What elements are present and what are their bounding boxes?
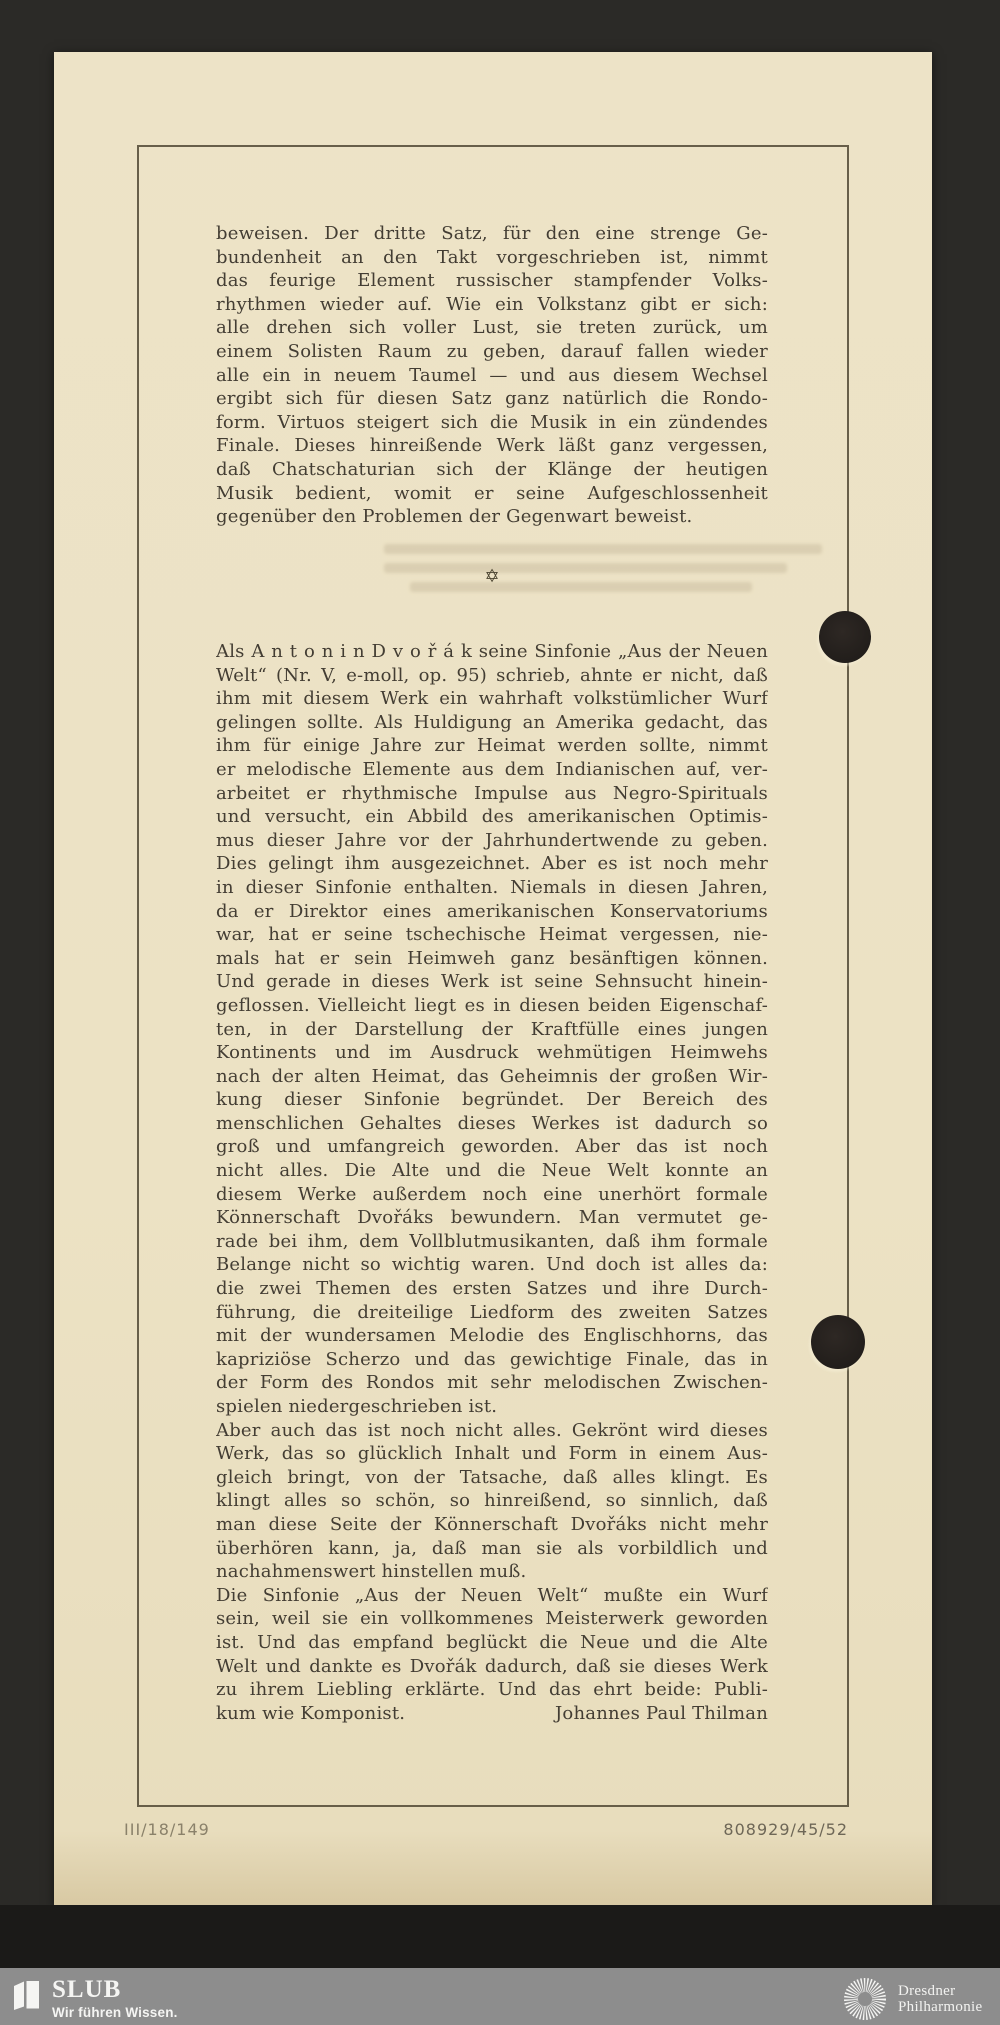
text-line: nicht alles. Die Alte und die Neue Welt … — [216, 1159, 768, 1183]
scan-bottom-gap — [0, 1905, 1000, 1968]
author-name: Johannes Paul Thilman — [555, 1702, 768, 1726]
text-line: ergibt sich für diesen Satz ganz natürli… — [216, 387, 768, 411]
text-line: mus dieser Jahre vor der Jahrhundertwend… — [216, 829, 768, 853]
paragraph-conclusion: Aber auch das ist noch nicht alles. Gekr… — [216, 1419, 768, 1584]
paragraph-khachaturian-finale: beweisen. Der dritte Satz, für den eine … — [216, 222, 768, 529]
section-divider-star: ✡ — [216, 564, 768, 590]
text-line: kapriziöse Scherzo und das gewichtige Fi… — [216, 1348, 768, 1372]
slub-wordmark: SLUB — [52, 1978, 178, 2002]
text-line: klingt alles so schön, so hinreißend, so… — [216, 1489, 768, 1513]
text-line: führung, die dreiteilige Liedform des zw… — [216, 1301, 768, 1325]
text-line: diesem Werke außerdem noch eine unerhört… — [216, 1183, 768, 1207]
text-line: da er Direktor eines amerikanischen Kons… — [216, 900, 768, 924]
scan-background: beweisen. Der dritte Satz, für den eine … — [0, 0, 1000, 2025]
text-line: arbeitet er rhythmische Impulse aus Negr… — [216, 782, 768, 806]
punch-hole-bottom — [811, 1315, 865, 1369]
text-line: Finale. Dieses hinreißende Werk läßt gan… — [216, 434, 768, 458]
text-line: der Form des Rondos mit sehr melodischen… — [216, 1371, 768, 1395]
text-line: gleich bringt, von der Tatsache, daß all… — [216, 1466, 768, 1490]
text-line: geflossen. Vielleicht liegt es in diesen… — [216, 994, 768, 1018]
text-line: gegenüber den Problemen der Gegenwart be… — [216, 505, 768, 529]
open-book-icon — [14, 1980, 40, 2010]
text-line: Als A n t o n i n D v o ř á k seine Sinf… — [216, 640, 768, 664]
signature-left-text: kum wie Komponist. — [216, 1702, 405, 1726]
slub-text-lockup: SLUB Wir führen Wissen. — [52, 1978, 178, 2020]
text-line: rade bei ihm, dem Vollblutmusikanten, da… — [216, 1230, 768, 1254]
text-line: zu ihrem Liebling erklärte. Und das ehrt… — [216, 1678, 768, 1702]
author-signature-row: kum wie Komponist. Johannes Paul Thilman — [216, 1702, 768, 1726]
text-line: er melodische Elemente aus dem Indianisc… — [216, 758, 768, 782]
viewer-footer-bar: SLUB Wir führen Wissen. Dresdner Philhar… — [0, 1968, 1000, 2025]
sunburst-icon — [843, 1977, 887, 2021]
text-line: man diese Seite der Könnerschaft Dvořáks… — [216, 1513, 768, 1537]
text-line: ihm mit diesem Werk ein wahrhaft volkstü… — [216, 687, 768, 711]
text-line: Kontinents und im Ausdruck wehmütigen He… — [216, 1041, 768, 1065]
text-line: bundenheit an den Takt vorgeschrieben is… — [216, 246, 768, 270]
scanned-page: beweisen. Der dritte Satz, für den eine … — [54, 52, 932, 1905]
text-line: gelingen sollte. Als Huldigung an Amerik… — [216, 711, 768, 735]
text-line: Die Sinfonie „Aus der Neuen Welt“ mußte … — [216, 1584, 768, 1608]
slub-tagline: Wir führen Wissen. — [52, 2005, 178, 2020]
dresdner-philharmonie-logo: Dresdner Philharmonie — [843, 1977, 982, 2021]
text-line: Werk, das so glücklich Inhalt und Form i… — [216, 1442, 768, 1466]
text-line: alle ein in neuem Taumel — und aus diese… — [216, 364, 768, 388]
slub-logo: SLUB Wir führen Wissen. — [14, 1978, 178, 2020]
archive-number-left: III/18/149 — [124, 1820, 210, 1839]
text-line: nachahmenswert hinstellen muß. — [216, 1560, 768, 1584]
paragraph-dvorak-new-world: Als A n t o n i n D v o ř á k seine Sinf… — [216, 640, 768, 1419]
text-line: spielen niedergeschrieben ist. — [216, 1395, 768, 1419]
text-line: groß und umfangreich geworden. Aber das … — [216, 1135, 768, 1159]
text-line: sein, weil sie ein vollkommenes Meisterw… — [216, 1607, 768, 1631]
text-line: das feurige Element russischer stampfend… — [216, 269, 768, 293]
text-line: und versucht, ein Abbild des amerikanisc… — [216, 805, 768, 829]
text-line: nach der alten Heimat, das Geheimnis der… — [216, 1065, 768, 1089]
punch-hole-top — [819, 611, 871, 663]
text-line: Belange nicht so wichtig waren. Und doch… — [216, 1253, 768, 1277]
text-line: Dies gelingt ihm ausgezeichnet. Aber es … — [216, 852, 768, 876]
text-line: kung dieser Sinfonie begründet. Der Bere… — [216, 1088, 768, 1112]
text-block-dvorak: Als A n t o n i n D v o ř á k seine Sinf… — [216, 640, 768, 1725]
text-line: rhythmen wieder auf. Wie ein Volkstanz g… — [216, 293, 768, 317]
text-line: Könnerschaft Dvořáks bewundern. Man verm… — [216, 1206, 768, 1230]
text-line: die zwei Themen des ersten Satzes und ih… — [216, 1277, 768, 1301]
text-line: mit der wundersamen Melodie des Englisch… — [216, 1324, 768, 1348]
text-line: Aber auch das ist noch nicht alles. Gekr… — [216, 1419, 768, 1443]
text-line: Und gerade in dieses Werk ist seine Sehn… — [216, 970, 768, 994]
text-line: einem Solisten Raum zu geben, darauf fal… — [216, 340, 768, 364]
paragraph-summary: Die Sinfonie „Aus der Neuen Welt“ mußte … — [216, 1584, 768, 1702]
philharmonie-wordmark-line2: Philharmonie — [898, 1999, 982, 2015]
text-line: menschlichen Gehaltes dieses Werkes ist … — [216, 1112, 768, 1136]
text-line: daß Chatschaturian sich der Klänge der h… — [216, 458, 768, 482]
text-line: überhören kann, ja, daß man sie als vorb… — [216, 1537, 768, 1561]
text-line: ihm für einige Jahre zur Heimat werden s… — [216, 734, 768, 758]
archive-number-right: 808929/45/52 — [723, 1820, 848, 1839]
text-line: beweisen. Der dritte Satz, für den eine … — [216, 222, 768, 246]
text-line: alle drehen sich voller Lust, sie treten… — [216, 316, 768, 340]
text-line: in dieser Sinfonie enthalten. Niemals in… — [216, 876, 768, 900]
philharmonie-wordmark-line1: Dresdner — [898, 1983, 982, 1999]
text-line: form. Virtuos steigert sich die Musik in… — [216, 411, 768, 435]
text-line: Musik bedient, womit er seine Aufgeschlo… — [216, 482, 768, 506]
text-line: ist. Und das empfand beglückt die Neue u… — [216, 1631, 768, 1655]
text-line: war, hat er seine tschechische Heimat ve… — [216, 923, 768, 947]
text-line: Welt“ (Nr. V, e-moll, op. 95) schrieb, a… — [216, 664, 768, 688]
text-line: mals hat er sein Heimweh ganz besänftige… — [216, 947, 768, 971]
text-line: Welt und dankte es Dvořák dadurch, daß s… — [216, 1655, 768, 1679]
philharmonie-wordmark: Dresdner Philharmonie — [898, 1983, 982, 2015]
text-line: ten, in der Darstellung der Kraftfülle e… — [216, 1018, 768, 1042]
